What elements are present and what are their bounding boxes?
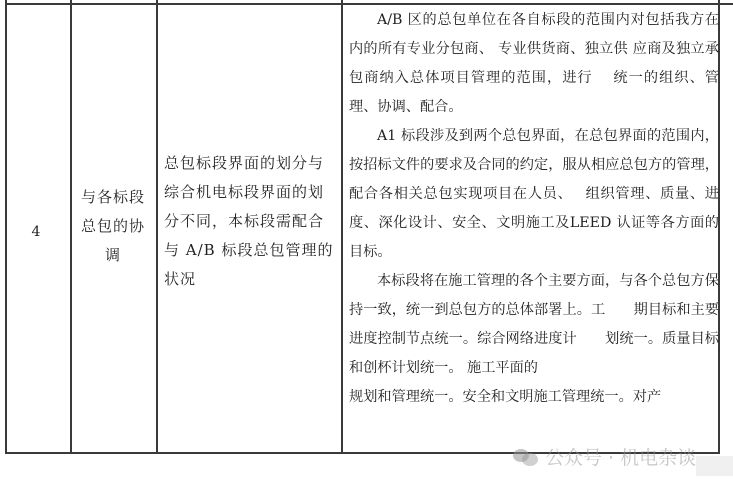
watermark-text: 公众号 · 机电杂谈 bbox=[545, 443, 696, 470]
wechat-icon bbox=[513, 447, 539, 467]
item-cell: 与各标段 总包的协 调 bbox=[72, 183, 154, 270]
col-border-2 bbox=[156, 0, 158, 454]
detail-paragraph-1: A/B 区的总包单位在各自标段的范围内对包括我方在内的所有专业分包商、 专业供货… bbox=[349, 6, 719, 122]
description-line: 综合机电标段界面的划 bbox=[164, 178, 340, 207]
row-number: 4 bbox=[5, 218, 67, 247]
description-line: 与 A/B 标段总包管理的 bbox=[164, 236, 340, 265]
watermark: 公众号 · 机电杂谈 bbox=[513, 443, 696, 470]
col-border-3 bbox=[341, 0, 343, 454]
item-line: 与各标段 bbox=[72, 183, 154, 212]
detail-paragraph-4: 规划和管理统一。安全和文明施工管理统一。对产 bbox=[349, 383, 719, 412]
item-line: 调 bbox=[72, 241, 154, 270]
description-line: 分不同，本标段需配合 bbox=[164, 207, 340, 236]
description-line: 状况 bbox=[164, 265, 340, 294]
description-line: 总包标段界面的划分与 bbox=[164, 149, 340, 178]
corner-overlay bbox=[696, 456, 733, 476]
item-line: 总包的协 bbox=[72, 212, 154, 241]
detail-paragraph-2: A1 标段涉及到两个总包界面，在总包界面的范围内，按招标文件的要求及合同的约定，… bbox=[349, 122, 719, 267]
table-top-border bbox=[5, 3, 733, 5]
detail-cell: A/B 区的总包单位在各自标段的范围内对包括我方在内的所有专业分包商、 专业供货… bbox=[349, 6, 719, 412]
description-cell: 总包标段界面的划分与 综合机电标段界面的划 分不同，本标段需配合 与 A/B 标… bbox=[164, 149, 340, 294]
detail-paragraph-3: 本标段将在施工管理的各个主要方面，与各个总包方保持一致，统一到总包方的总体部署上… bbox=[349, 267, 719, 383]
